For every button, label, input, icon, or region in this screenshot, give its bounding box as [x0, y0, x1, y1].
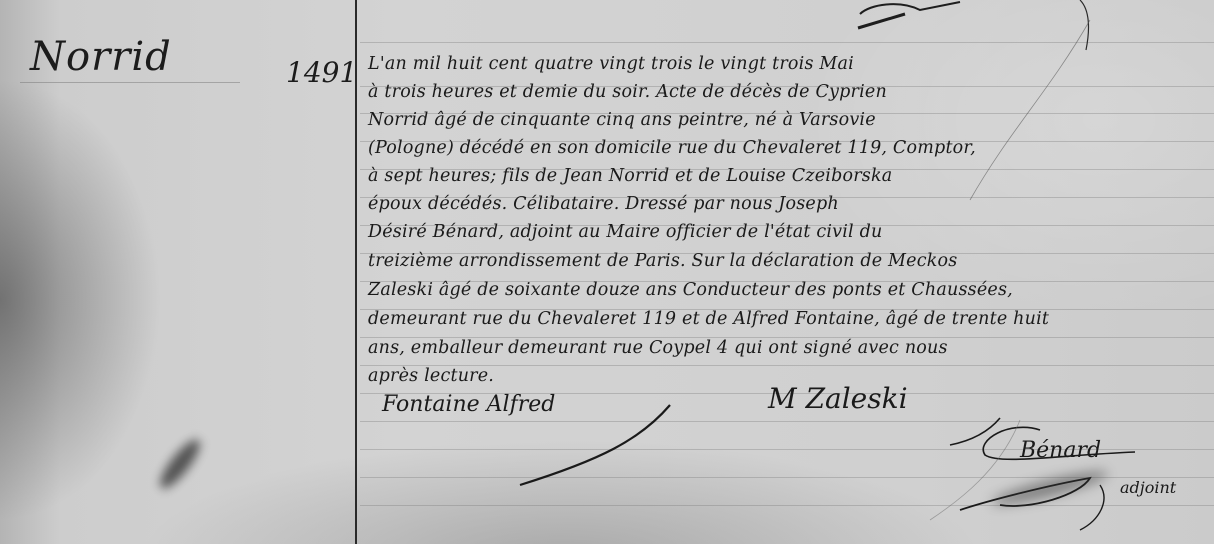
body-line: ans, emballeur demeurant rue Coypel 4 qu…: [368, 338, 1208, 358]
body-line: Désiré Bénard, adjoint au Maire officier…: [368, 222, 1208, 242]
body-line: L'an mil huit cent quatre vingt trois le…: [368, 54, 1208, 74]
signature-officer-name: Bénard: [1020, 438, 1101, 463]
signature-officer-title: adjoint: [1120, 478, 1176, 497]
entry-number: 1491: [286, 56, 357, 89]
margin-underline: [20, 82, 240, 83]
ruled-line: [360, 421, 1214, 422]
signature-witness-zaleski: M Zaleski: [768, 382, 908, 415]
ruled-line: [360, 505, 1214, 506]
body-line: demeurant rue du Chevaleret 119 et de Al…: [368, 309, 1208, 329]
body-line: treizième arrondissement de Paris. Sur l…: [368, 251, 1208, 271]
scanned-register-page: Norrid 1491 L'an mil huit cent quatre vi…: [0, 0, 1214, 544]
body-line: Norrid âgé de cinquante cinq ans peintre…: [368, 110, 1208, 130]
margin-surname: Norrid: [30, 34, 172, 80]
ink-smudge: [990, 466, 1110, 511]
body-line: époux décédés. Célibataire. Dressé par n…: [368, 194, 1208, 214]
body-line: à trois heures et demie du soir. Acte de…: [368, 82, 1208, 102]
ink-smudge: [154, 435, 205, 493]
body-line: Zaleski âgé de soixante douze ans Conduc…: [368, 280, 1208, 300]
signature-witness-fontaine: Fontaine Alfred: [382, 392, 555, 417]
body-line: (Pologne) décédé en son domicile rue du …: [368, 138, 1208, 158]
ruled-line: [360, 42, 1214, 43]
body-line: à sept heures; fils de Jean Norrid et de…: [368, 166, 1208, 186]
